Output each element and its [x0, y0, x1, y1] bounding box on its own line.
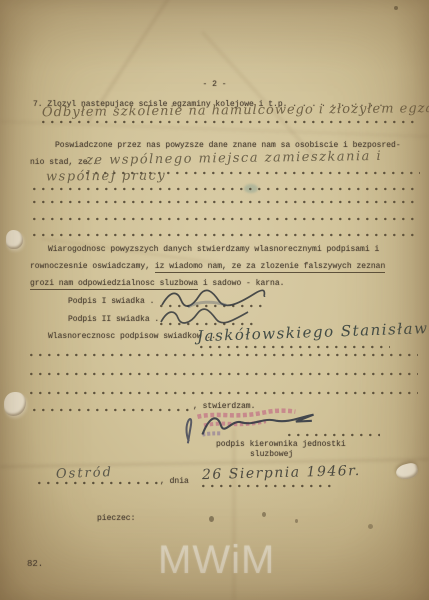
museum-watermark: MWiM	[158, 538, 275, 583]
dotted-line	[42, 120, 420, 124]
attestation-caption-line2: sluzbowej	[250, 450, 293, 459]
dotted-line	[33, 187, 420, 191]
stain-speck	[262, 512, 266, 517]
dotted-line	[33, 217, 418, 221]
scanned-document-page: - 2 - 7. Zlozyl nastepujace scisle egzam…	[0, 0, 429, 600]
paper-tear	[395, 462, 420, 482]
stain-speck	[244, 184, 258, 193]
witness-authenticity-label: Wlasnorecznosc podpisow swiadkow ..	[48, 332, 216, 341]
declaration-line2-underlined: iz wiadomo nam, ze za zlozenie falszywyc…	[155, 262, 385, 273]
crease-line	[0, 121, 429, 138]
witness1-label: Podpis I swiadka .	[68, 297, 154, 306]
stain-speck	[295, 519, 298, 523]
certification-handwritten-line1: ze wspólnego miejsca zamieszkania i	[86, 149, 382, 168]
dotted-line	[202, 484, 334, 488]
dateline-place-handwritten: Ostród	[56, 465, 113, 482]
witness2-signature	[158, 307, 258, 327]
stain-speck	[394, 6, 398, 10]
dotted-line	[33, 408, 193, 412]
witness2-label: Podpis II swiadka .	[68, 315, 159, 324]
punch-hole	[4, 392, 26, 416]
dotted-line	[33, 233, 418, 237]
archive-index: 82.	[27, 559, 43, 569]
stain-speck	[368, 524, 373, 529]
stain-speck	[209, 516, 214, 522]
declaration-line1: Wiarogodnosc powyzszych danych stwierdza…	[48, 245, 379, 254]
certification-handwritten-line2: wspólnej pracy	[46, 168, 166, 184]
dotted-line	[30, 391, 418, 395]
dotted-line	[200, 345, 390, 349]
attestation-caption-line1: podpis kierownika jednostki	[216, 440, 346, 449]
declaration-line3: grozi nam odpowiedzialnosc sluzbowa i sa…	[30, 279, 284, 288]
punch-hole	[6, 230, 23, 249]
page-number: - 2 -	[0, 80, 429, 89]
declaration-line2-start: rownoczesnie oswiadczamy,	[30, 262, 155, 271]
item7-handwritten-answer: Odbyłem szkolenie na hamulcowego i złoży…	[42, 101, 429, 120]
dateline-label: , dnia	[160, 477, 189, 486]
seal-label: pieczec:	[97, 514, 135, 523]
dotted-line	[33, 200, 418, 204]
dotted-line	[30, 353, 418, 357]
crease-line	[233, 428, 235, 600]
dotted-line	[30, 372, 418, 376]
crease-line	[201, 31, 316, 159]
declaration-line3-end: i sadowo - karna.	[198, 279, 284, 288]
dateline-date-handwritten: 26 Sierpnia 1946r.	[202, 463, 361, 483]
declaration-line2: rownoczesnie oswiadczamy, iz wiadomo nam…	[30, 262, 385, 271]
